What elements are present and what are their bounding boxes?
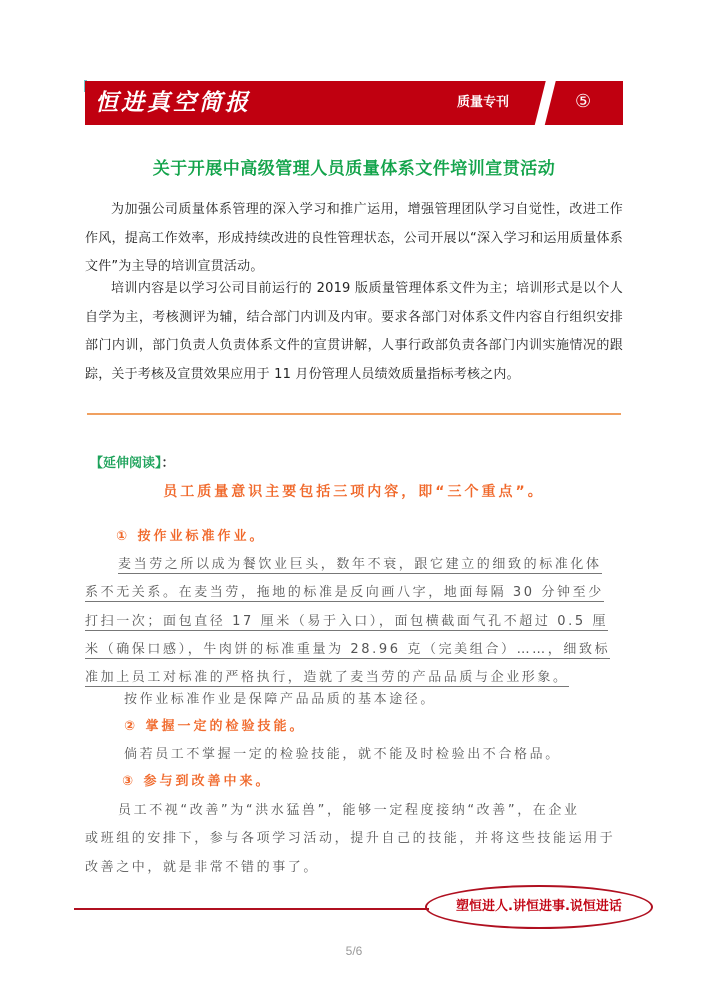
section-2-note: 倘若员工不掌握一定的检验技能，就不能及时检验出不合格品。 bbox=[124, 744, 561, 766]
section-3-line: 改善之中，就是非常不错的事了。 bbox=[85, 854, 613, 882]
section-3-line: 或班组的安排下，参与各项学习活动，提升自己的技能，并将这些技能运用于 bbox=[85, 825, 613, 853]
section-1-line: 系不无关系。在麦当劳，拖地的标准是反向画八字，地面每隔 30 分钟至少 bbox=[85, 579, 613, 607]
document-page: 恒进真空简报 质量专刊 ⑤ 关于开展中高级管理人员质量体系文件培训宣贯活动 为加… bbox=[0, 0, 708, 998]
section-3-body: 员工不视“改善”为“洪水猛兽”，能够一定程度接纳“改善”，在企业 或班组的安排下… bbox=[85, 797, 613, 882]
section-1-note: 按作业标准作业是保障产品品质的基本途径。 bbox=[124, 689, 436, 711]
section-1-line: 打扫一次；面包直径 17 厘米（易于入口），面包横截面气孔不超过 0.5 厘 bbox=[85, 608, 613, 636]
extended-reading-label: 【延伸阅读】： bbox=[90, 453, 175, 475]
underlined-text: 系不无关系。在麦当劳，拖地的标准是反向画八字，地面每隔 30 分钟至少 bbox=[85, 585, 604, 602]
underlined-text: 米（确保口感），牛肉饼的标准重量为 28.96 克（完美组合）……，细致标 bbox=[85, 642, 610, 659]
section-divider bbox=[87, 413, 621, 415]
footer-rule bbox=[74, 908, 429, 910]
page-indicator: 5/6 bbox=[0, 942, 708, 960]
header-banner: 恒进真空简报 质量专刊 ⑤ bbox=[85, 81, 623, 125]
article-paragraph-2: 培训内容是以学习公司目前运行的 2019 版质量管理体系文件为主；培训形式是以个… bbox=[85, 275, 623, 389]
section-1-line: 麦当劳之所以成为餐饮业巨头，数年不衰，跟它建立的细致的标准化体 bbox=[85, 551, 613, 579]
underlined-text: 打扫一次；面包直径 17 厘米（易于入口），面包横截面气孔不超过 0.5 厘 bbox=[85, 614, 608, 631]
extended-reading-label-text: 【延伸阅读】 bbox=[90, 456, 162, 471]
extended-reading-heading: 员工质量意识主要包括三项内容，即“三个重点”。 bbox=[85, 480, 623, 504]
footer-slogan: 塑恒进人.讲恒进事.说恒进话 bbox=[425, 885, 653, 929]
extended-reading-colon: ： bbox=[162, 456, 175, 471]
section-1-body: 麦当劳之所以成为餐饮业巨头，数年不衰，跟它建立的细致的标准化体 系不无关系。在麦… bbox=[85, 551, 613, 692]
section-heading-3: ③ 参与到改善中来。 bbox=[122, 771, 272, 793]
newsletter-subtitle: 质量专刊 bbox=[457, 93, 509, 113]
article-paragraph-1: 为加强公司质量体系管理的深入学习和推广运用，增强管理团队学习自觉性，改进工作作风… bbox=[85, 196, 623, 282]
underlined-text: 准加上员工对标准的严格执行，造就了麦当劳的产品品质与企业形象。 bbox=[85, 670, 569, 687]
section-1-line: 米（确保口感），牛肉饼的标准重量为 28.96 克（完美组合）……，细致标 bbox=[85, 636, 613, 664]
section-heading-2: ② 掌握一定的检验技能。 bbox=[124, 716, 306, 738]
issue-number: ⑤ bbox=[575, 90, 591, 114]
section-heading-1: ① 按作业标准作业。 bbox=[116, 526, 266, 548]
newsletter-title: 恒进真空简报 bbox=[95, 87, 251, 119]
article-title: 关于开展中高级管理人员质量体系文件培训宣贯活动 bbox=[85, 156, 623, 182]
underlined-text: 麦当劳之所以成为餐饮业巨头，数年不衰，跟它建立的细致的标准化体 bbox=[118, 557, 602, 574]
banner-divider bbox=[533, 81, 556, 125]
section-3-line: 员工不视“改善”为“洪水猛兽”，能够一定程度接纳“改善”，在企业 bbox=[85, 797, 613, 825]
